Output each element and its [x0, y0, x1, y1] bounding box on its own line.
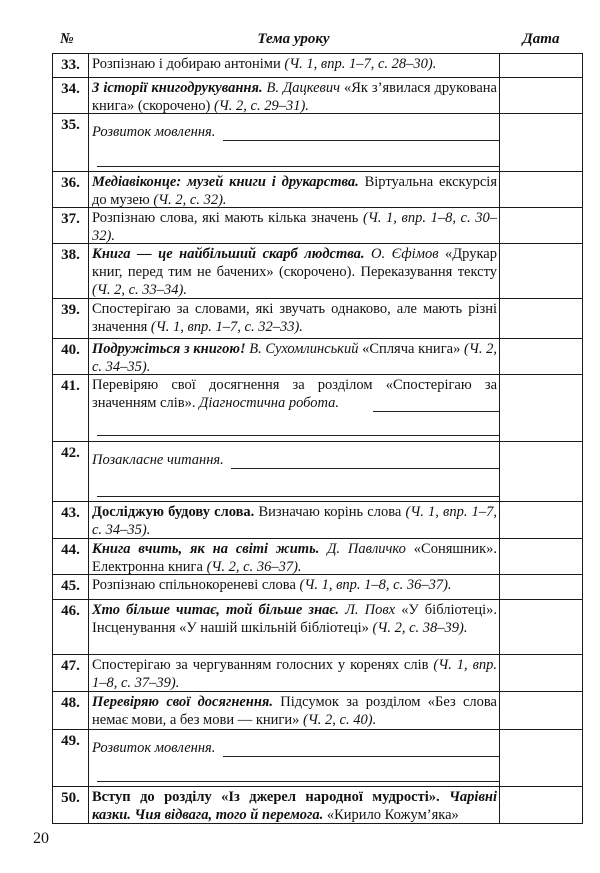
date-cell[interactable] [500, 244, 582, 298]
date-cell[interactable] [500, 442, 582, 501]
topic-text-segment: (Ч. 2, с. 38–39). [373, 620, 468, 636]
topic-text-segment: Л. Повх [339, 602, 395, 618]
column-header-date: Дата [499, 30, 583, 48]
lesson-topic: Перевіряю свої досягнення. Підсумок за р… [89, 692, 500, 729]
table-row: 40.Подружіться з книгою! В. Сухомлинськи… [53, 338, 582, 374]
date-cell[interactable] [500, 172, 582, 207]
table-row: 36.Медіавіконце: музей книги і друкарств… [53, 171, 582, 207]
date-cell[interactable] [500, 575, 582, 599]
write-in-line[interactable] [97, 496, 499, 497]
date-cell[interactable] [500, 339, 582, 374]
lesson-number: 42. [53, 442, 89, 501]
topic-text-segment: З історії книгодрукування. [92, 80, 263, 96]
write-in-line[interactable] [231, 468, 499, 469]
topic-text-segment: Книга — це найбільший скарб людства. [92, 246, 365, 262]
table-row: 45.Розпізнаю спільнокореневі слова (Ч. 1… [53, 574, 582, 599]
table-row: 39.Спостерігаю за словами, які звучать о… [53, 298, 582, 338]
table-row: 44.Книга вчить, як на світі жить. Д. Пав… [53, 538, 582, 574]
topic-text-segment: (Ч. 1, впр. 1–7, с. 28–30). [284, 56, 436, 72]
table-row: 48.Перевіряю свої досягнення. Підсумок з… [53, 691, 582, 729]
write-in-line[interactable] [97, 166, 499, 167]
lesson-number: 36. [53, 172, 89, 207]
lesson-topic: Медіавіконце: музей книги і друкарства. … [89, 172, 500, 207]
date-cell[interactable] [500, 730, 582, 786]
lesson-topic: Хто більше читає, той більше знає. Л. По… [89, 600, 500, 654]
topic-text-segment: В. Дацкевич [263, 80, 340, 96]
lesson-topic: Розпізнаю слова, які мають кілька значен… [89, 208, 500, 243]
topic-text-segment: (Ч. 1, впр. 1–7, с. 32–33). [151, 319, 303, 335]
lesson-topic: Розпізнаю спільнокореневі слова (Ч. 1, в… [89, 575, 500, 599]
lesson-topic: Спостерігаю за чергуванням голосних у ко… [89, 655, 500, 691]
table-row: 49.Розвиток мовлення. [53, 729, 582, 786]
lesson-number: 48. [53, 692, 89, 729]
lesson-topic: Вступ до розділу «Із джерел народної муд… [89, 787, 500, 823]
lesson-number: 34. [53, 78, 89, 113]
lesson-number: 38. [53, 244, 89, 298]
topic-text-segment: (Ч. 2, с. 33–34). [92, 282, 187, 298]
date-cell[interactable] [500, 502, 582, 538]
lesson-topic: Книга вчить, як на світі жить. Д. Павлич… [89, 539, 500, 574]
date-cell[interactable] [500, 692, 582, 729]
lesson-number: 33. [53, 54, 89, 77]
date-cell[interactable] [500, 600, 582, 654]
topic-text-segment: В. Сухомлинський [246, 341, 359, 357]
table-row: 33.Розпізнаю і добираю антоніми (Ч. 1, в… [53, 54, 582, 77]
write-in-line[interactable] [223, 756, 499, 757]
topic-text-segment: Подружіться з книгою! [92, 341, 246, 357]
lesson-topic: Книга — це найбільший скарб людства. О. … [89, 244, 500, 298]
lesson-number: 47. [53, 655, 89, 691]
table-row: 47.Спостерігаю за чергуванням голосних у… [53, 654, 582, 691]
topic-text-segment: Розпізнаю слова, які мають кілька значен… [92, 210, 363, 226]
table-row: 42.Позакласне читання. [53, 441, 582, 501]
topic-text-segment: Вступ до розділу «Із джерел народної муд… [92, 789, 440, 805]
topic-text-segment: Хто більше читає, той більше знає. [92, 602, 339, 618]
date-cell[interactable] [500, 114, 582, 171]
topic-text-segment: О. Єфімов [365, 246, 439, 262]
table-row: 38.Книга — це найбільший скарб людства. … [53, 243, 582, 298]
lesson-topic: Досліджую будову слова. Визначаю корінь … [89, 502, 500, 538]
table-row: 46.Хто більше читає, той більше знає. Л.… [53, 599, 582, 654]
lesson-topic: Подружіться з книгою! В. Сухомлинський «… [89, 339, 500, 374]
topic-text-segment: Книга вчить, як на світі жить. [92, 541, 319, 557]
table-row: 37.Розпізнаю слова, які мають кілька зна… [53, 207, 582, 243]
topic-text-segment: (Ч. 1, впр. 1–8, с. 36–37). [300, 577, 452, 593]
date-cell[interactable] [500, 375, 582, 441]
topic-text-segment: Досліджую будову слова. [92, 504, 254, 520]
date-cell[interactable] [500, 208, 582, 243]
topic-text-segment: Розвиток мовлення. [92, 740, 215, 756]
topic-text-segment: (Ч. 2, с. 40). [303, 712, 376, 728]
topic-text-segment: «Кирило Кожум’яка» [323, 807, 459, 823]
lesson-topic: Перевіряю свої досягнення за розділом «С… [89, 375, 500, 441]
table-row: 34.З історії книгодрукування. В. Дацкеви… [53, 77, 582, 113]
lesson-number: 44. [53, 539, 89, 574]
lesson-topic: Позакласне читання. [89, 442, 500, 501]
topic-text-segment: Розпізнаю і добираю антоніми [92, 56, 284, 72]
column-header-number: № [60, 30, 74, 48]
topic-text-segment: (Ч. 2, с. 36–37). [207, 559, 302, 575]
date-cell[interactable] [500, 539, 582, 574]
topic-text-segment: (Ч. 2, с. 29–31). [214, 98, 309, 114]
lesson-number: 46. [53, 600, 89, 654]
topic-text-segment: «Спляча книга» [358, 341, 464, 357]
lesson-topic: Розпізнаю і добираю антоніми (Ч. 1, впр.… [89, 54, 500, 77]
date-cell[interactable] [500, 54, 582, 77]
lesson-topic: Розвиток мовлення. [89, 730, 500, 786]
topic-text-segment: (Ч. 2, с. 32). [153, 192, 226, 208]
lesson-number: 40. [53, 339, 89, 374]
topic-text-segment: Медіавіконце: музей книги і друкарства. [92, 174, 359, 190]
write-in-line[interactable] [97, 781, 499, 782]
topic-text-segment: Спостерігаю за чергуванням голосних у ко… [92, 657, 433, 673]
write-in-line[interactable] [223, 140, 499, 141]
lesson-number: 41. [53, 375, 89, 441]
topic-text-segment: Позакласне читання. [92, 452, 224, 468]
lesson-number: 50. [53, 787, 89, 823]
lesson-number: 37. [53, 208, 89, 243]
table-row: 43.Досліджую будову слова. Визначаю корі… [53, 501, 582, 538]
date-cell[interactable] [500, 299, 582, 338]
column-header-topic: Тема уроку [88, 30, 499, 48]
lesson-plan-table: 33.Розпізнаю і добираю антоніми (Ч. 1, в… [52, 53, 583, 824]
date-cell[interactable] [500, 655, 582, 691]
table-row: 50.Вступ до розділу «Із джерел народної … [53, 786, 582, 823]
lesson-topic: Спостерігаю за словами, які звучать одна… [89, 299, 500, 338]
date-cell[interactable] [500, 787, 582, 823]
lesson-number: 35. [53, 114, 89, 171]
table-row: 35.Розвиток мовлення. [53, 113, 582, 171]
topic-text-segment: Розвиток мовлення. [92, 124, 215, 140]
lesson-topic: З історії книгодрукування. В. Дацкевич «… [89, 78, 500, 113]
lesson-number: 43. [53, 502, 89, 538]
write-in-line[interactable] [97, 435, 499, 436]
lesson-number: 45. [53, 575, 89, 599]
write-in-line[interactable] [373, 411, 499, 412]
lesson-number: 49. [53, 730, 89, 786]
topic-text-segment: Перевіряю свої досягнення. [92, 694, 273, 710]
topic-text-segment: Д. Павличко [319, 541, 406, 557]
topic-text-segment: Діагностична робота. [199, 395, 339, 411]
topic-text-segment: Визначаю корінь слова [254, 504, 405, 520]
table-row: 41.Перевіряю свої досягнення за розділом… [53, 374, 582, 441]
date-cell[interactable] [500, 78, 582, 113]
lesson-topic: Розвиток мовлення. [89, 114, 500, 171]
topic-text-segment: Розпізнаю спільнокореневі слова [92, 577, 300, 593]
page-number: 20 [33, 830, 49, 848]
lesson-number: 39. [53, 299, 89, 338]
